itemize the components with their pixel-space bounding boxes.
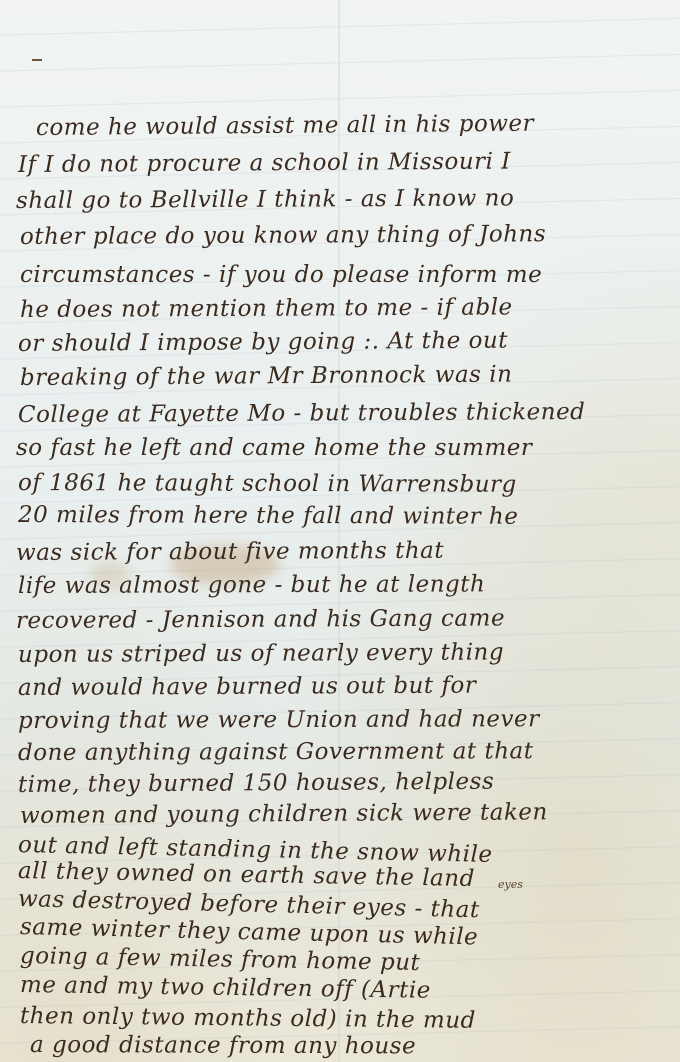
text-line: recovered - Jennison and his Gang came	[16, 605, 505, 634]
text-line: If I do not procure a school in Missouri…	[18, 149, 511, 178]
text-line: me and my two children off (Artie	[20, 972, 431, 1004]
text-line: 20 miles from here the fall and winter h…	[18, 502, 518, 530]
text-line: circumstances - if you do please inform …	[20, 262, 542, 288]
text-line: a good distance from any house	[30, 1032, 416, 1059]
text-line: College at Fayette Mo - but troubles thi…	[18, 399, 586, 428]
text-line: women and young children sick were taken	[20, 799, 548, 829]
text-line: he does not mention them to me - if able	[20, 294, 513, 323]
text-line: so fast he left and came home the summer	[16, 435, 532, 461]
text-line: breaking of the war Mr Bronnock was in	[20, 362, 513, 391]
text-line: of 1861 he taught school in Warrensburg	[18, 470, 517, 498]
text-line: life was almost gone - but he at length	[18, 571, 485, 599]
text-line: upon us striped us of nearly every thing	[18, 639, 504, 668]
text-line: was sick for about five months that	[16, 538, 444, 566]
interlinear-insertion: eyes	[498, 878, 523, 891]
text-line: done anything against Government at that	[18, 738, 534, 766]
text-line: shall go to Bellville I think - as I kno…	[16, 185, 514, 214]
text-line: then only two months old) in the mud	[20, 1003, 476, 1034]
letter-page: come he would assist me all in his power…	[0, 0, 680, 1062]
margin-mark	[32, 59, 42, 61]
text-line: going a few miles from home put	[20, 943, 421, 976]
text-line: proving that we were Union and had never	[18, 706, 540, 734]
text-line: and would have burned us out but for	[18, 673, 476, 701]
text-line: time, they burned 150 houses, helpless	[18, 769, 494, 798]
text-line: come he would assist me all in his power	[36, 111, 534, 141]
text-line: other place do you know any thing of Joh…	[20, 221, 546, 250]
text-line: or should I impose by going :. At the ou…	[18, 328, 508, 357]
